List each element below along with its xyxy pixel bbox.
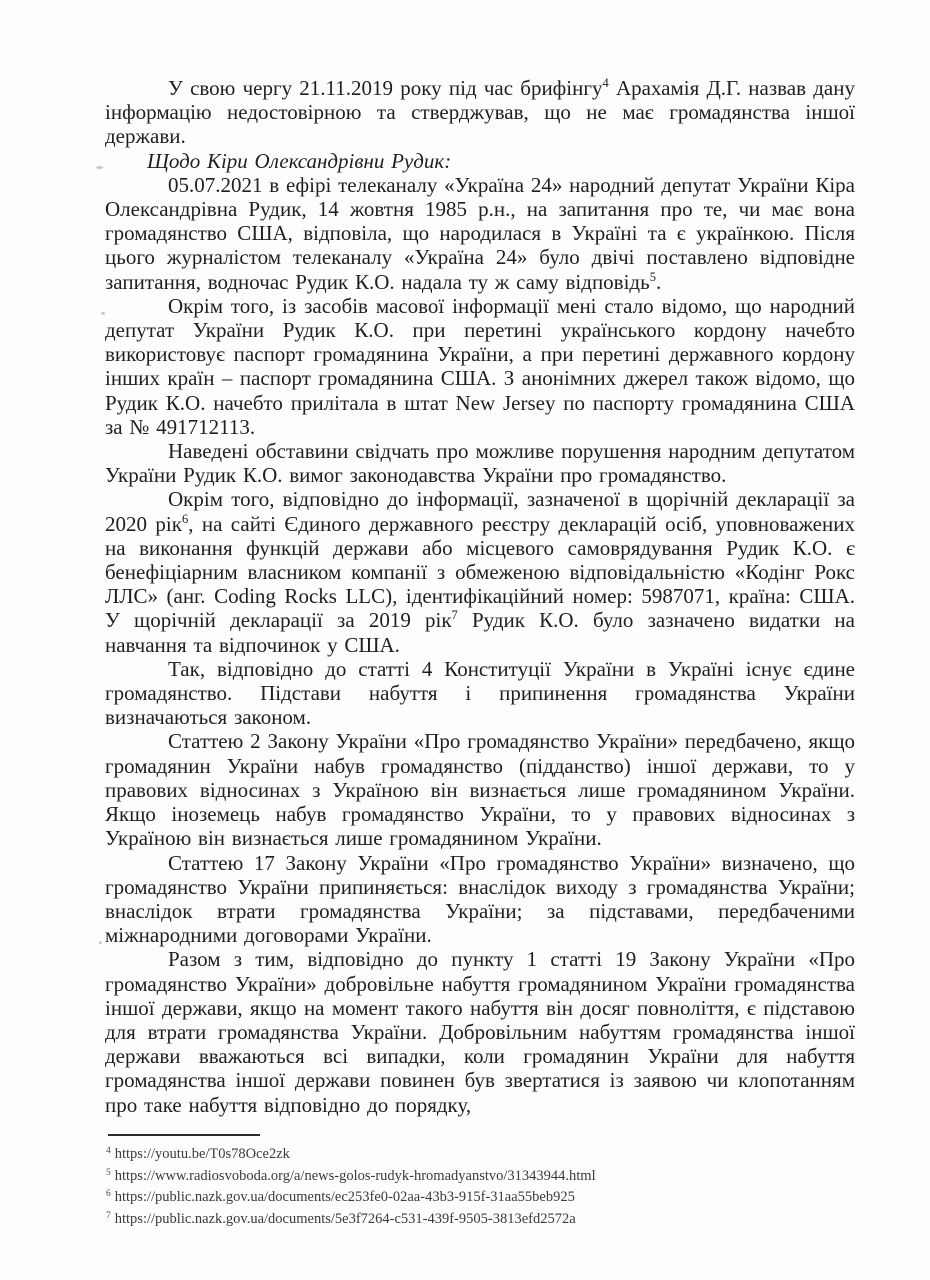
footnote-url: https://youtu.be/T0s78Oce2zk bbox=[115, 1146, 290, 1162]
paragraph: Наведені обставини свідчать про можливе … bbox=[105, 439, 855, 487]
footnote: 4https://youtu.be/T0s78Oce2zk bbox=[106, 1144, 876, 1166]
paragraph: Так, відповідно до статті 4 Конституції … bbox=[105, 657, 855, 730]
footnote-marker: 6 bbox=[106, 1189, 111, 1199]
footnote: 6https://public.nazk.gov.ua/documents/ec… bbox=[106, 1187, 876, 1209]
document-body: У свою чергу 21.11.2019 року під час бри… bbox=[105, 0, 855, 1117]
footnote: 7https://public.nazk.gov.ua/documents/5e… bbox=[106, 1209, 876, 1231]
footnote-marker: 5 bbox=[106, 1168, 111, 1178]
footnote-ref: 6 bbox=[182, 512, 188, 526]
paragraph: У свою чергу 21.11.2019 року під час бри… bbox=[105, 76, 855, 149]
footnote-url: https://public.nazk.gov.ua/documents/5e3… bbox=[115, 1211, 576, 1227]
footnotes-section: 4https://youtu.be/T0s78Oce2zk 5https://w… bbox=[106, 1134, 876, 1231]
footnote-separator bbox=[108, 1134, 260, 1136]
footnote-ref: 5 bbox=[650, 270, 656, 284]
paragraph: Разом з тим, відповідно до пункту 1 стат… bbox=[105, 947, 855, 1116]
scanned-document-page: У свою чергу 21.11.2019 року під час бри… bbox=[0, 0, 930, 1280]
paragraph: Окрім того, відповідно до інформації, за… bbox=[105, 487, 855, 656]
section-heading: Щодо Кіри Олександрівни Рудик: bbox=[105, 149, 855, 173]
scan-artifact bbox=[101, 312, 105, 315]
paragraph: Статтею 2 Закону України «Про громадянст… bbox=[105, 729, 855, 850]
paragraph: Статтею 17 Закону України «Про громадянс… bbox=[105, 851, 855, 948]
paragraph: Окрім того, із засобів масової інформаці… bbox=[105, 294, 855, 439]
footnote-url: https://public.nazk.gov.ua/documents/ec2… bbox=[115, 1189, 575, 1205]
footnote-url: https://www.radiosvoboda.org/a/news-golo… bbox=[115, 1168, 596, 1184]
footnote-ref: 4 bbox=[602, 76, 608, 90]
scan-artifact bbox=[99, 941, 102, 944]
footnote-ref: 7 bbox=[452, 608, 458, 622]
footnote-marker: 7 bbox=[106, 1211, 111, 1221]
scan-artifact bbox=[96, 166, 103, 169]
footnote-marker: 4 bbox=[106, 1146, 111, 1156]
footnote: 5https://www.radiosvoboda.org/a/news-gol… bbox=[106, 1166, 876, 1188]
paragraph: 05.07.2021 в ефірі телеканалу «Україна 2… bbox=[105, 173, 855, 294]
